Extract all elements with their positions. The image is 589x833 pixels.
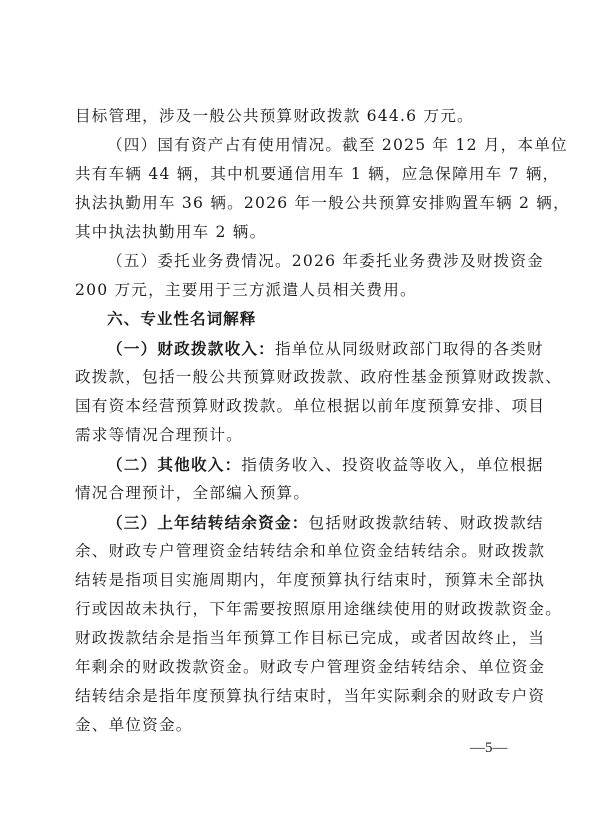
line-text: 年剩余的财政拨款资金。财政专户管理资金结转结余、单位资金 (75, 658, 545, 676)
line-text: 指债务收入、投资收益等收入，单位根据 (241, 456, 543, 474)
text-line: 需求等情况合理预计。 (75, 421, 515, 450)
text-line: 共有车辆 44 辆，其中机要通信用车 1 辆，应急保障用车 7 辆， (75, 160, 515, 189)
text-line: 执法执勤用车 36 辆。2026 年一般公共预算安排购置车辆 2 辆， (75, 189, 515, 218)
text-line: 金、单位资金。 (75, 711, 515, 740)
term-label: 上年结转结余资金： (157, 513, 308, 532)
text-line: 财政拨款结余是指当年预算工作目标已完成，或者因故终止，当 (75, 624, 515, 653)
section-five-heading-line: （五）委托业务费情况。2026 年委托业务费涉及财拨资金 (75, 247, 515, 276)
line-text: 余、财政专户管理资金结转结余和单位资金结转结余。财政拨款 (75, 542, 545, 560)
line-text: 需求等情况合理预计。 (75, 426, 243, 444)
line-text: 其中执法执勤用车 2 辆。 (75, 223, 266, 241)
heading-text: 六、专业性名词解释 (107, 310, 256, 328)
text-line: 目标管理，涉及一般公共预算财政拨款 644.6 万元。 (75, 102, 515, 131)
line-text: 200 万元，主要用于三方派遣人员相关费用。 (75, 281, 417, 299)
term-one-line: （一）财政拨款收入：指单位从同级财政部门取得的各类财 (75, 334, 515, 363)
text-line: 情况合理预计，全部编入预算。 (75, 479, 515, 508)
line-text: 执法执勤用车 36 辆。2026 年一般公共预算安排购置车辆 2 辆， (75, 194, 570, 212)
line-text: 情况合理预计，全部编入预算。 (75, 484, 310, 502)
line-text: 包括财政拨款结转、财政拨款结 (309, 514, 544, 532)
text-line: 结转是指项目实施周期内，年度预算执行结束时，预算未全部执 (75, 566, 515, 595)
item-marker: （二） (107, 455, 157, 474)
text-line: 200 万元，主要用于三方派遣人员相关费用。 (75, 276, 515, 305)
page-number: —5— (470, 740, 508, 757)
text-line: 结转结余是指年度预算执行结束时，当年实际剩余的财政专户资 (75, 682, 515, 711)
line-text: 国有资产占有使用情况。截至 2025 年 12 月，本单位 (157, 136, 567, 154)
line-text: 财政拨款结余是指当年预算工作目标已完成，或者因故终止，当 (75, 629, 545, 647)
text-line: 年剩余的财政拨款资金。财政专户管理资金结转结余、单位资金 (75, 653, 515, 682)
line-text: 指单位从同级财政部门取得的各类财 (275, 340, 544, 358)
text-line: 余、财政专户管理资金结转结余和单位资金结转结余。财政拨款 (75, 537, 515, 566)
text-line: 其中执法执勤用车 2 辆。 (75, 218, 515, 247)
line-text: 共有车辆 44 辆，其中机要通信用车 1 辆，应急保障用车 7 辆， (75, 165, 559, 183)
line-text: 国有资本经营预算财政拨款。单位根据以前年度预算安排、项目 (75, 397, 545, 415)
line-text: 结转结余是指年度预算执行结束时，当年实际剩余的财政专户资 (75, 687, 545, 705)
term-label: 其他收入： (157, 455, 241, 474)
term-three-line: （三）上年结转结余资金：包括财政拨款结转、财政拨款结 (75, 508, 515, 537)
text-line: 行或因故未执行，下年需要按照原用途继续使用的财政拨款资金。 (75, 595, 515, 624)
line-text: 目标管理，涉及一般公共预算财政拨款 644.6 万元。 (75, 107, 474, 125)
line-text: 行或因故未执行，下年需要按照原用途继续使用的财政拨款资金。 (75, 600, 562, 618)
section-four-heading-line: （四）国有资产占有使用情况。截至 2025 年 12 月，本单位 (75, 131, 515, 160)
text-line: 国有资本经营预算财政拨款。单位根据以前年度预算安排、项目 (75, 392, 515, 421)
term-two-line: （二）其他收入：指债务收入、投资收益等收入，单位根据 (75, 450, 515, 479)
text-line: 政拨款，包括一般公共预算财政拨款、政府性基金预算财政拨款、 (75, 363, 515, 392)
line-text: 金、单位资金。 (75, 716, 193, 734)
document-page: 目标管理，涉及一般公共预算财政拨款 644.6 万元。 （四）国有资产占有使用情… (0, 0, 589, 833)
item-marker: （一） (107, 339, 157, 358)
line-text: 结转是指项目实施周期内，年度预算执行结束时，预算未全部执 (75, 571, 545, 589)
line-text: 委托业务费情况。2026 年委托业务费涉及财拨资金 (157, 252, 544, 270)
item-marker: （五） (107, 252, 157, 270)
document-body: 目标管理，涉及一般公共预算财政拨款 644.6 万元。 （四）国有资产占有使用情… (75, 102, 515, 740)
line-text: 政拨款，包括一般公共预算财政拨款、政府性基金预算财政拨款、 (75, 368, 562, 386)
item-marker: （三） (107, 513, 157, 532)
term-label: 财政拨款收入： (157, 339, 275, 358)
section-six-heading: 六、专业性名词解释 (75, 305, 515, 334)
item-marker: （四） (107, 136, 157, 154)
